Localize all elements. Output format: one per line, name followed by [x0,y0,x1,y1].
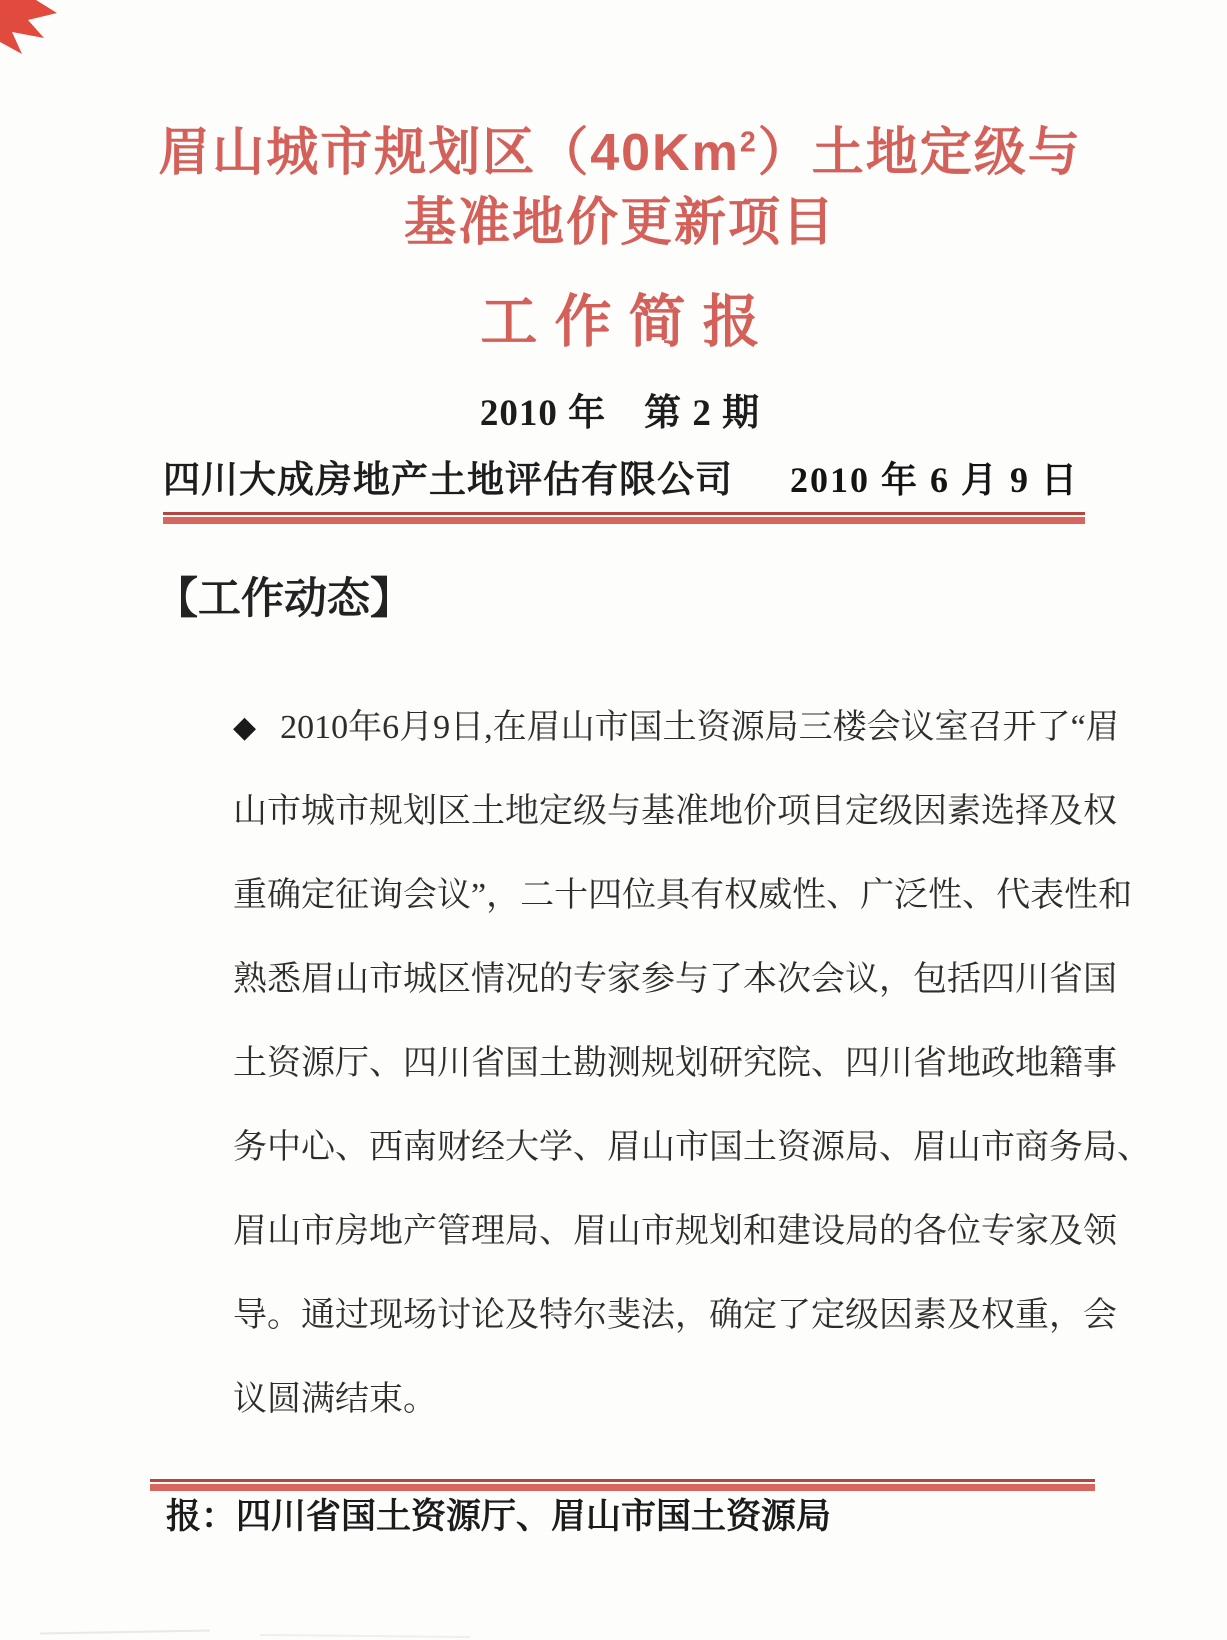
publisher-company-name: 四川大成房地产土地评估有限公司 [163,459,733,503]
paragraph-line: 重确定征询会议”，二十四位具有权威性、广泛性、代表性和 [233,854,1091,938]
paragraph-line: 议圆满结束。 [233,1358,1091,1442]
publisher-row: 四川大成房地产土地评估有限公司 2010 年 6 月 9 日 [163,458,1085,503]
superscript-2: 2 [740,127,758,159]
paragraph-line: 务中心、西南财经大学、眉山市国土资源局、眉山市商务局、 [233,1106,1091,1190]
paragraph-lines: 山市城市规划区土地定级与基准地价项目定级因素选择及权 重确定征询会议”，二十四位… [233,770,1091,1442]
corner-stamp-artifact [0,0,60,58]
paragraph-first-line-text: 2010年6月9日,在眉山市国土资源局三楼会议室召开了“眉 [280,686,1120,770]
rule-thick-line [163,517,1085,524]
paragraph-line: 土资源厅、四川省国土勘测规划研究院、四川省地政地籍事 [233,1022,1091,1106]
issue-number-line: 2010 年 第 2 期 [150,392,1090,436]
section-heading-work-updates: 【工作动态】 [155,574,413,624]
paragraph-line: 眉山市房地产管理局、眉山市规划和建设局的各位专家及领 [233,1190,1091,1274]
document-subtitle: 工作简报 [150,290,1090,354]
rule-thick-line [150,1484,1095,1491]
scan-streak-artifact [260,1634,470,1638]
header-red-rule [163,512,1085,524]
title-line-1: 眉山城市规划区（40Km2）土地定级与 [150,118,1090,188]
body-paragraph: ◆ 2010年6月9日,在眉山市国土资源局三楼会议室召开了“眉 山市城市规划区土… [233,686,1091,1442]
scan-streak-artifact [40,1630,210,1635]
title-line-2: 基准地价更新项目 [150,188,1090,258]
document-title: 眉山城市规划区（40Km2）土地定级与 基准地价更新项目 [150,118,1090,258]
paragraph-line: 山市城市规划区土地定级与基准地价项目定级因素选择及权 [233,770,1091,854]
footer-red-rule [150,1479,1095,1491]
paragraph-line: ◆ 2010年6月9日,在眉山市国土资源局三楼会议室召开了“眉 [233,686,1091,770]
diamond-bullet-icon: ◆ [233,686,256,770]
paragraph-line: 导。通过现场讨论及特尔斐法，确定了定级因素及权重，会 [233,1274,1091,1358]
scanned-document-page: 眉山城市规划区（40Km2）土地定级与 基准地价更新项目 工作简报 2010 年… [0,0,1227,1640]
report-distribution-line: 报：四川省国土资源厅、眉山市国土资源局 [166,1496,831,1538]
paragraph-line: 熟悉眉山市城区情况的专家参与了本次会议，包括四川省国 [233,938,1091,1022]
issue-date: 2010 年 6 月 9 日 [790,458,1085,502]
red-ink-blot [0,0,57,54]
